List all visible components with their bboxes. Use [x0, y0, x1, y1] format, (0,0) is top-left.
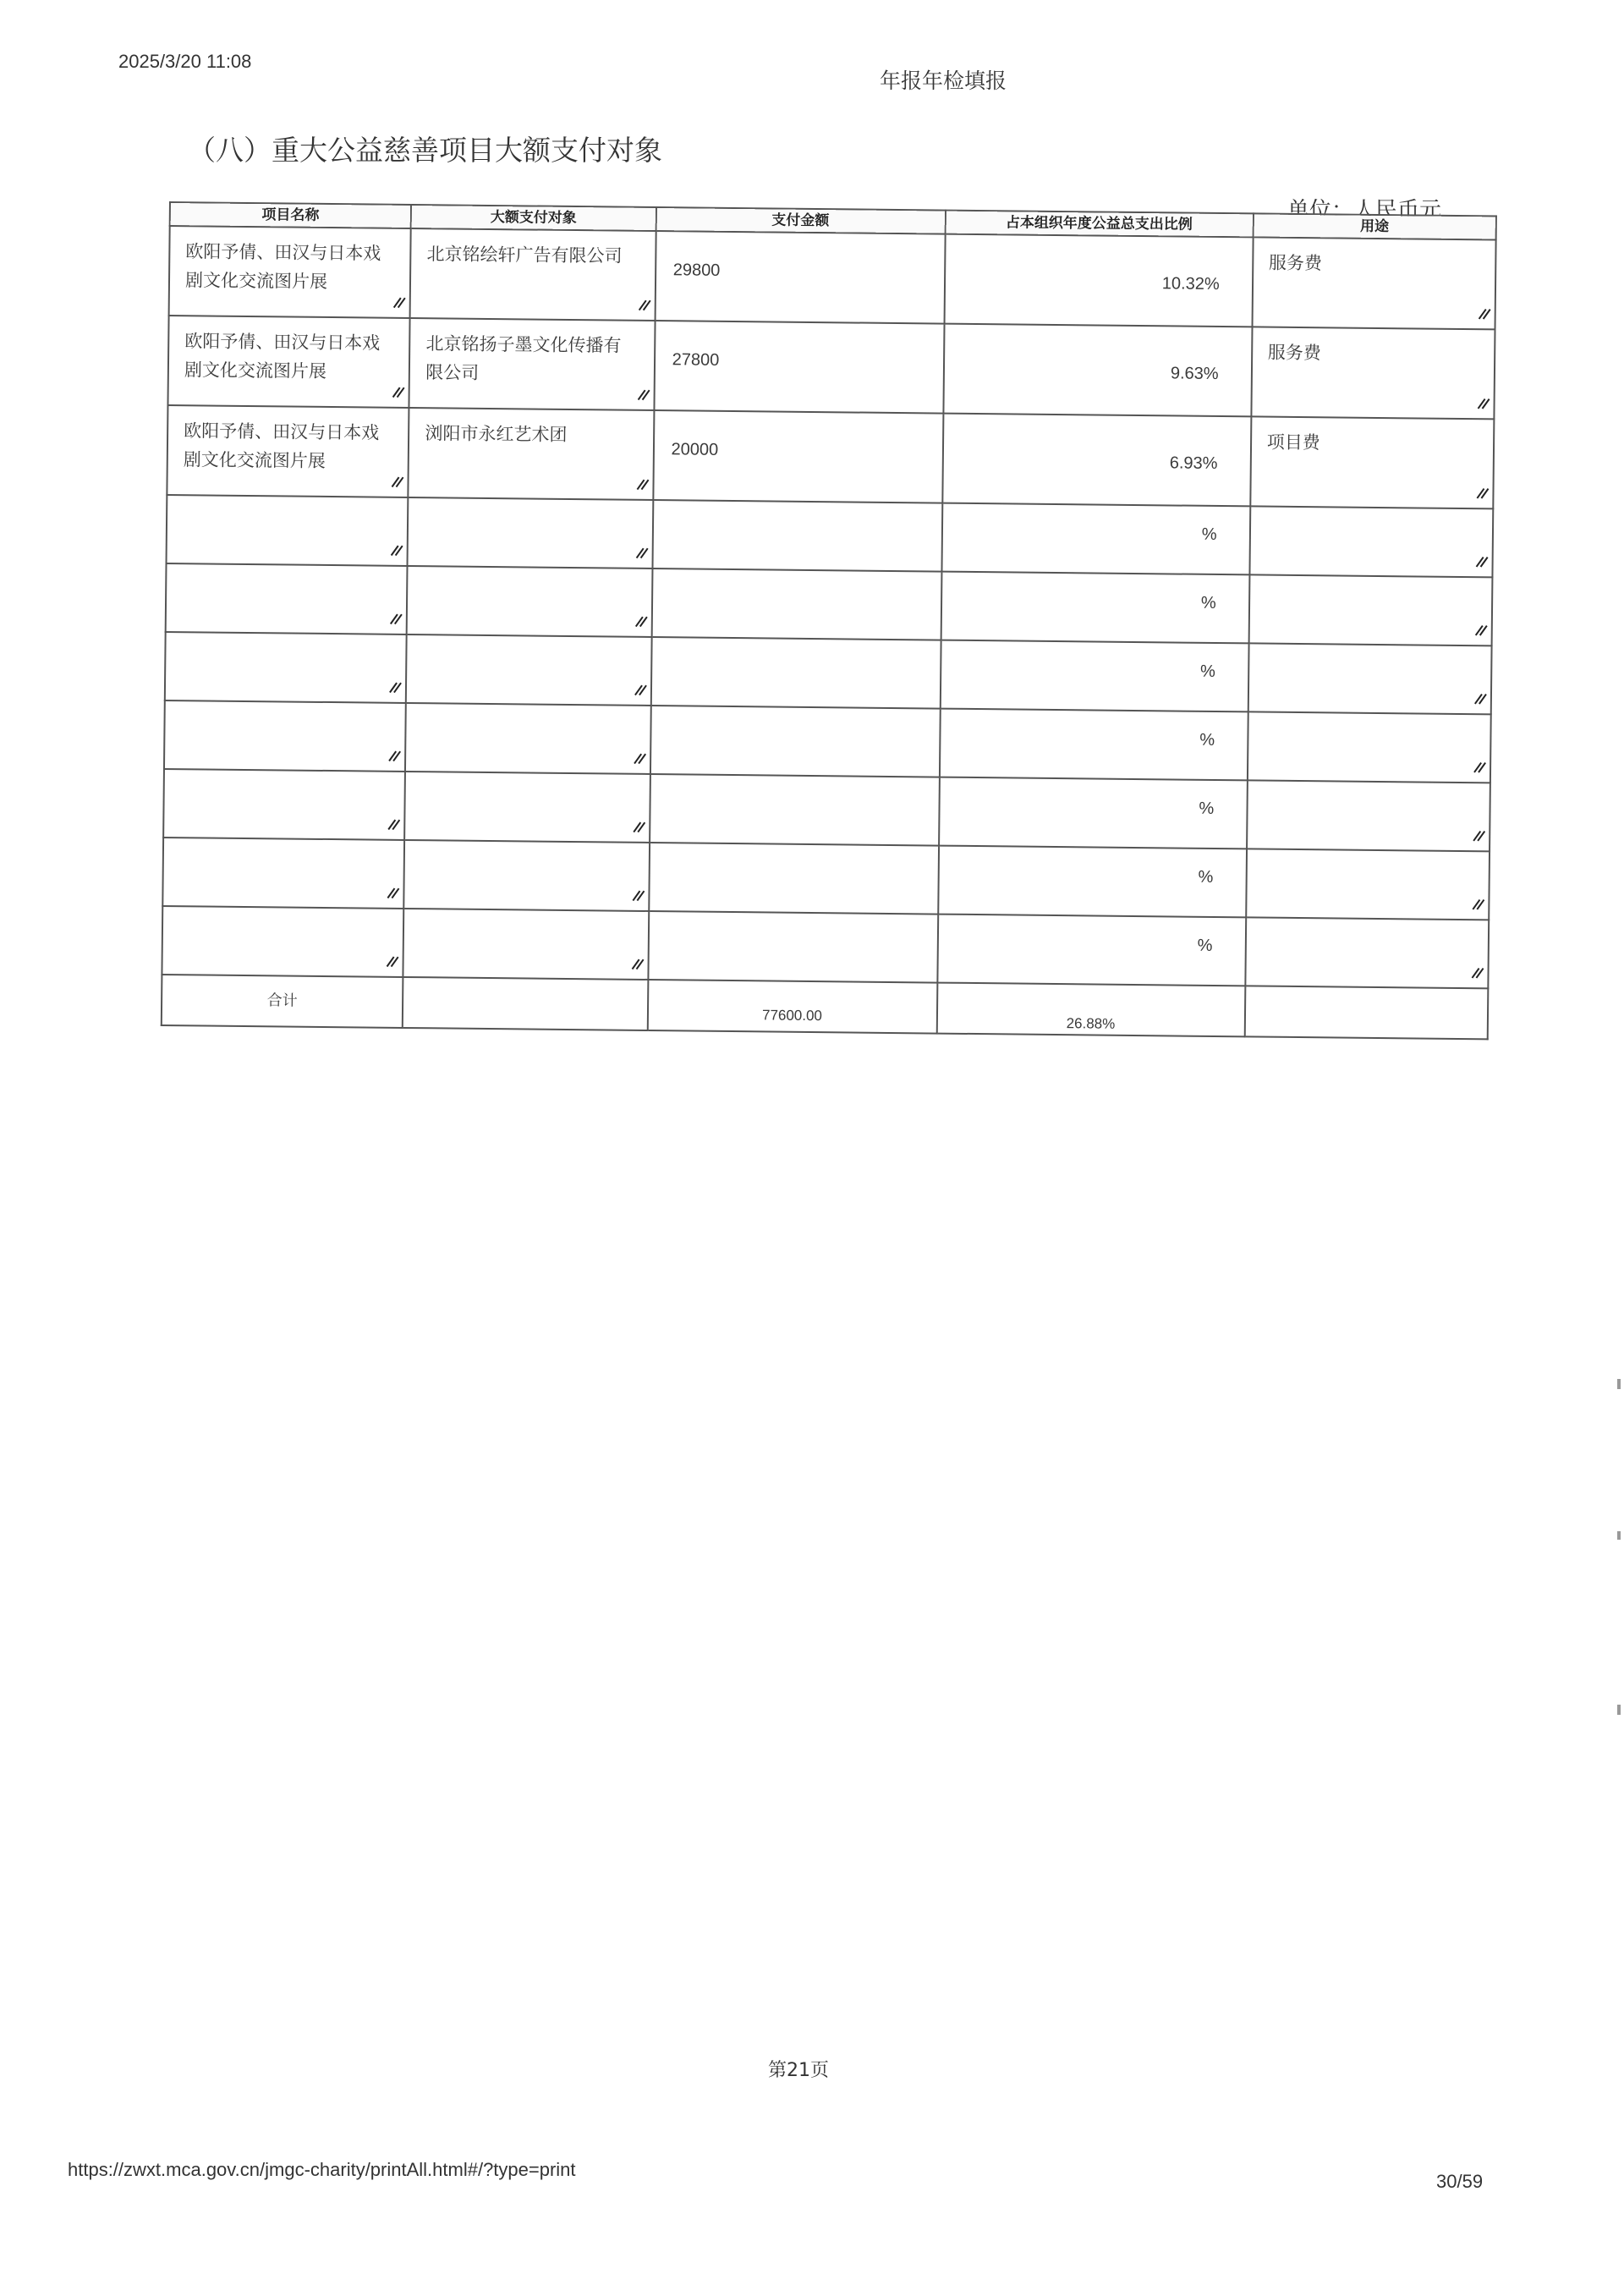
textarea-resize-handle-icon[interactable]: [1477, 556, 1489, 568]
project-name-text[interactable]: [165, 770, 404, 783]
project-name-text[interactable]: 欧阳予倩、田汉与日本戏剧文化交流图片展: [169, 316, 409, 387]
purpose-cell[interactable]: [1248, 711, 1491, 783]
project-name-text[interactable]: [167, 496, 407, 508]
payee-cell[interactable]: [405, 703, 650, 774]
ratio-cell: %: [938, 846, 1247, 918]
ratio-text: %: [941, 710, 1248, 751]
ratio-cell: 6.93%: [942, 414, 1251, 507]
payee-cell[interactable]: [408, 497, 653, 569]
textarea-resize-handle-icon[interactable]: [636, 547, 648, 559]
column-header-project: 项目名称: [170, 202, 412, 228]
project-name-cell[interactable]: [164, 700, 406, 772]
amount-text[interactable]: [650, 775, 938, 804]
textarea-resize-handle-icon[interactable]: [632, 958, 644, 970]
header-title: 年报年检填报: [880, 64, 1007, 95]
amount-cell[interactable]: 27800: [654, 321, 944, 414]
amount-text[interactable]: [654, 501, 941, 530]
column-header-payee: 大额支付对象: [411, 205, 656, 231]
payee-text[interactable]: 北京铭绘轩广告有限公司: [411, 229, 655, 271]
amount-text[interactable]: 20000: [654, 411, 942, 465]
amount-cell[interactable]: 29800: [655, 231, 945, 324]
purpose-cell[interactable]: 服务费: [1251, 327, 1495, 419]
textarea-resize-handle-icon[interactable]: [635, 616, 647, 628]
amount-text[interactable]: [649, 912, 936, 941]
project-name-cell[interactable]: 欧阳予倩、田汉与日本戏剧文化交流图片展: [167, 405, 409, 497]
textarea-resize-handle-icon[interactable]: [388, 887, 400, 899]
payee-cell[interactable]: [403, 909, 649, 980]
purpose-cell[interactable]: 服务费: [1252, 237, 1495, 329]
purpose-cell[interactable]: [1249, 506, 1493, 577]
total-ratio-cell: 26.88%: [936, 983, 1245, 1037]
textarea-resize-handle-icon[interactable]: [638, 389, 650, 401]
ratio-cell: %: [941, 503, 1250, 575]
payee-text[interactable]: [406, 772, 649, 785]
project-name-text[interactable]: [166, 701, 405, 714]
textarea-resize-handle-icon[interactable]: [633, 890, 645, 902]
total-purpose-cell: [1244, 986, 1488, 1039]
textarea-resize-handle-icon[interactable]: [1477, 487, 1489, 499]
amount-text[interactable]: [651, 706, 939, 735]
amount-cell[interactable]: [650, 706, 941, 777]
project-name-text[interactable]: [163, 907, 403, 920]
purpose-text[interactable]: 服务费: [1253, 327, 1495, 369]
amount-text[interactable]: 29800: [656, 232, 945, 286]
textarea-resize-handle-icon[interactable]: [1474, 761, 1486, 773]
textarea-resize-handle-icon[interactable]: [1473, 830, 1485, 842]
scan-artifact: [1617, 1531, 1621, 1540]
amount-text[interactable]: 27800: [655, 321, 943, 376]
print-datetime: 2025/3/20 11:08: [118, 51, 251, 73]
textarea-resize-handle-icon[interactable]: [1472, 967, 1484, 979]
payee-cell[interactable]: [406, 634, 651, 706]
footer-url: https://zwxt.mca.gov.cn/jmgc-charity/pri…: [68, 2159, 576, 2181]
scan-artifact: [1617, 1705, 1621, 1715]
purpose-text[interactable]: [1248, 781, 1489, 794]
payee-text[interactable]: [405, 841, 648, 854]
payee-text[interactable]: [404, 909, 647, 922]
project-name-cell[interactable]: [162, 838, 404, 909]
textarea-resize-handle-icon[interactable]: [639, 299, 650, 311]
payee-text[interactable]: 北京铭扬子墨文化传播有限公司: [410, 319, 654, 389]
amount-cell[interactable]: [652, 500, 942, 572]
purpose-cell[interactable]: [1248, 574, 1492, 645]
amount-text[interactable]: [653, 569, 941, 598]
payee-text[interactable]: [407, 704, 650, 717]
textarea-resize-handle-icon[interactable]: [387, 956, 399, 968]
project-name-cell[interactable]: [166, 563, 408, 634]
payee-text[interactable]: [408, 635, 650, 648]
ratio-text: %: [939, 847, 1246, 888]
purpose-cell[interactable]: 项目费: [1250, 416, 1494, 508]
purpose-cell[interactable]: [1248, 643, 1491, 714]
ratio-text: 6.93%: [943, 415, 1250, 475]
footer-page-count: 30/59: [1436, 2171, 1483, 2193]
project-name-cell[interactable]: [162, 906, 403, 977]
purpose-text[interactable]: [1248, 712, 1490, 725]
textarea-resize-handle-icon[interactable]: [1479, 398, 1490, 409]
section-title: （八）重大公益慈善项目大额支付对象: [188, 129, 662, 168]
purpose-text[interactable]: [1248, 849, 1489, 862]
textarea-resize-handle-icon[interactable]: [634, 821, 645, 833]
project-name-text[interactable]: 欧阳予倩、田汉与日本戏剧文化交流图片展: [170, 227, 410, 297]
purpose-text[interactable]: [1251, 507, 1492, 519]
column-header-ratio: 占本组织年度公益总支出比例: [945, 211, 1253, 238]
textarea-resize-handle-icon[interactable]: [1476, 624, 1488, 636]
amount-cell[interactable]: [648, 911, 938, 983]
amount-cell[interactable]: 20000: [653, 410, 943, 503]
ratio-text: %: [941, 641, 1248, 683]
textarea-resize-handle-icon[interactable]: [394, 297, 406, 309]
column-header-purpose: 用途: [1253, 213, 1496, 239]
purpose-text[interactable]: 项目费: [1252, 417, 1494, 459]
ratio-cell: %: [940, 640, 1248, 712]
large-payment-table: 项目名称 大额支付对象 支付金额 占本组织年度公益总支出比例 用途 欧阳予倩、田…: [161, 201, 1497, 1040]
amount-cell[interactable]: [651, 569, 941, 640]
page-number: 第21页: [768, 2056, 829, 2082]
purpose-text[interactable]: 服务费: [1254, 238, 1495, 279]
table-row: 欧阳予倩、田汉与日本戏剧文化交流图片展北京铭绘轩广告有限公司2980010.32…: [169, 226, 1496, 329]
ratio-text: %: [940, 778, 1247, 820]
purpose-cell[interactable]: [1245, 917, 1489, 988]
scan-artifact: [1617, 1379, 1621, 1389]
payee-cell[interactable]: 北京铭扬子墨文化传播有限公司: [409, 318, 655, 410]
payee-cell[interactable]: 浏阳市永红艺术团: [409, 408, 654, 500]
purpose-text[interactable]: [1247, 918, 1488, 931]
payee-text[interactable]: [409, 498, 651, 511]
total-label: 合计: [162, 975, 403, 1012]
textarea-resize-handle-icon[interactable]: [389, 750, 401, 762]
total-payee-cell: [403, 977, 648, 1030]
project-name-cell[interactable]: 欧阳予倩、田汉与日本戏剧文化交流图片展: [169, 226, 411, 318]
amount-text[interactable]: [650, 843, 937, 872]
column-header-amount: 支付金额: [656, 207, 945, 234]
textarea-resize-handle-icon[interactable]: [637, 479, 649, 491]
project-name-cell[interactable]: [163, 769, 405, 840]
payee-cell[interactable]: [404, 772, 650, 843]
table-body: 欧阳予倩、田汉与日本戏剧文化交流图片展北京铭绘轩广告有限公司2980010.32…: [162, 226, 1495, 988]
project-name-cell[interactable]: [167, 495, 409, 566]
textarea-resize-handle-icon[interactable]: [634, 684, 646, 696]
payee-text[interactable]: [409, 567, 651, 579]
project-name-text[interactable]: [164, 838, 403, 851]
project-name-cell[interactable]: 欧阳予倩、田汉与日本戏剧文化交流图片展: [167, 316, 409, 408]
textarea-resize-handle-icon[interactable]: [388, 819, 400, 831]
payee-text[interactable]: 浏阳市永红艺术团: [409, 409, 653, 450]
amount-cell[interactable]: [649, 843, 939, 915]
ratio-cell: %: [939, 777, 1248, 849]
total-amount-cell: 77600.00: [647, 980, 937, 1034]
ratio-text: 9.63%: [944, 325, 1251, 385]
purpose-text[interactable]: [1249, 644, 1490, 656]
textarea-resize-handle-icon[interactable]: [391, 613, 403, 625]
textarea-resize-handle-icon[interactable]: [1479, 308, 1491, 320]
project-name-text[interactable]: [167, 633, 406, 645]
textarea-resize-handle-icon[interactable]: [393, 387, 405, 398]
amount-text[interactable]: [652, 638, 940, 667]
textarea-resize-handle-icon[interactable]: [392, 476, 404, 488]
purpose-text[interactable]: [1250, 575, 1491, 588]
ratio-cell: 9.63%: [943, 324, 1252, 417]
project-name-text[interactable]: 欧阳予倩、田汉与日本戏剧文化交流图片展: [168, 406, 409, 476]
project-name-text[interactable]: [167, 564, 406, 577]
textarea-resize-handle-icon[interactable]: [390, 682, 402, 694]
ratio-text: 10.32%: [945, 235, 1252, 295]
ratio-cell: 10.32%: [944, 234, 1253, 327]
amount-cell[interactable]: [650, 637, 941, 709]
payee-cell[interactable]: [407, 566, 652, 637]
purpose-cell[interactable]: [1246, 849, 1490, 920]
ratio-text: %: [942, 504, 1249, 546]
table-row: 欧阳予倩、田汉与日本戏剧文化交流图片展浏阳市永红艺术团200006.93%项目费: [167, 405, 1494, 508]
payee-cell[interactable]: [404, 840, 650, 911]
total-label-cell: 合计: [162, 975, 403, 1028]
amount-cell[interactable]: [650, 774, 940, 846]
ratio-cell: %: [939, 709, 1248, 781]
purpose-cell[interactable]: [1247, 780, 1490, 851]
textarea-resize-handle-icon[interactable]: [1473, 898, 1484, 910]
ratio-text: %: [938, 915, 1245, 957]
ratio-cell: %: [937, 915, 1246, 986]
textarea-resize-handle-icon[interactable]: [392, 545, 403, 557]
ratio-cell: %: [941, 572, 1249, 644]
total-ratio: 26.88%: [937, 984, 1244, 1035]
total-amount: 77600.00: [648, 980, 935, 1026]
payee-cell[interactable]: 北京铭绘轩广告有限公司: [410, 228, 656, 321]
textarea-resize-handle-icon[interactable]: [634, 753, 646, 765]
table-row: 欧阳予倩、田汉与日本戏剧文化交流图片展北京铭扬子墨文化传播有限公司278009.…: [167, 316, 1495, 419]
ratio-text: %: [941, 573, 1248, 614]
project-name-cell[interactable]: [165, 632, 407, 703]
textarea-resize-handle-icon[interactable]: [1475, 693, 1487, 705]
